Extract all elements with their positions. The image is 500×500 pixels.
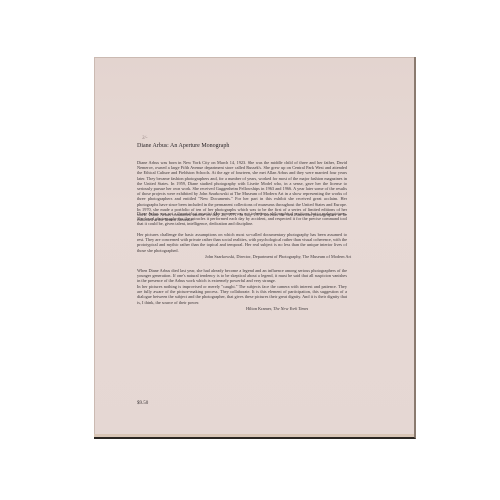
book-title: Diane Arbus: An Aperture Monograph [137, 143, 229, 149]
kramer-quote-paragraph-1: When Diane Arbus died last year, she had… [137, 268, 347, 284]
kramer-source: The New York Times [273, 306, 308, 311]
szarkowski-quote-paragraph-1: Diane Arbus was not a theorist but an ar… [137, 211, 347, 227]
pencil-price-mark: 3/- [142, 136, 148, 141]
kramer-signature: Hilton Kramer, The New York Times [246, 306, 308, 311]
szarkowski-signature: John Szarkowski, Director, Department of… [205, 254, 351, 259]
book-back-cover: 3/- Diane Arbus: An Aperture Monograph D… [94, 57, 416, 439]
kramer-name: Hilton Kramer, [246, 306, 273, 311]
szarkowski-quote-paragraph-2: Her pictures challenge the basic assumpt… [137, 232, 347, 253]
kramer-quote-paragraph-2: In her pictures nothing is improvised or… [137, 284, 347, 305]
price-label: $9.50 [137, 401, 148, 406]
